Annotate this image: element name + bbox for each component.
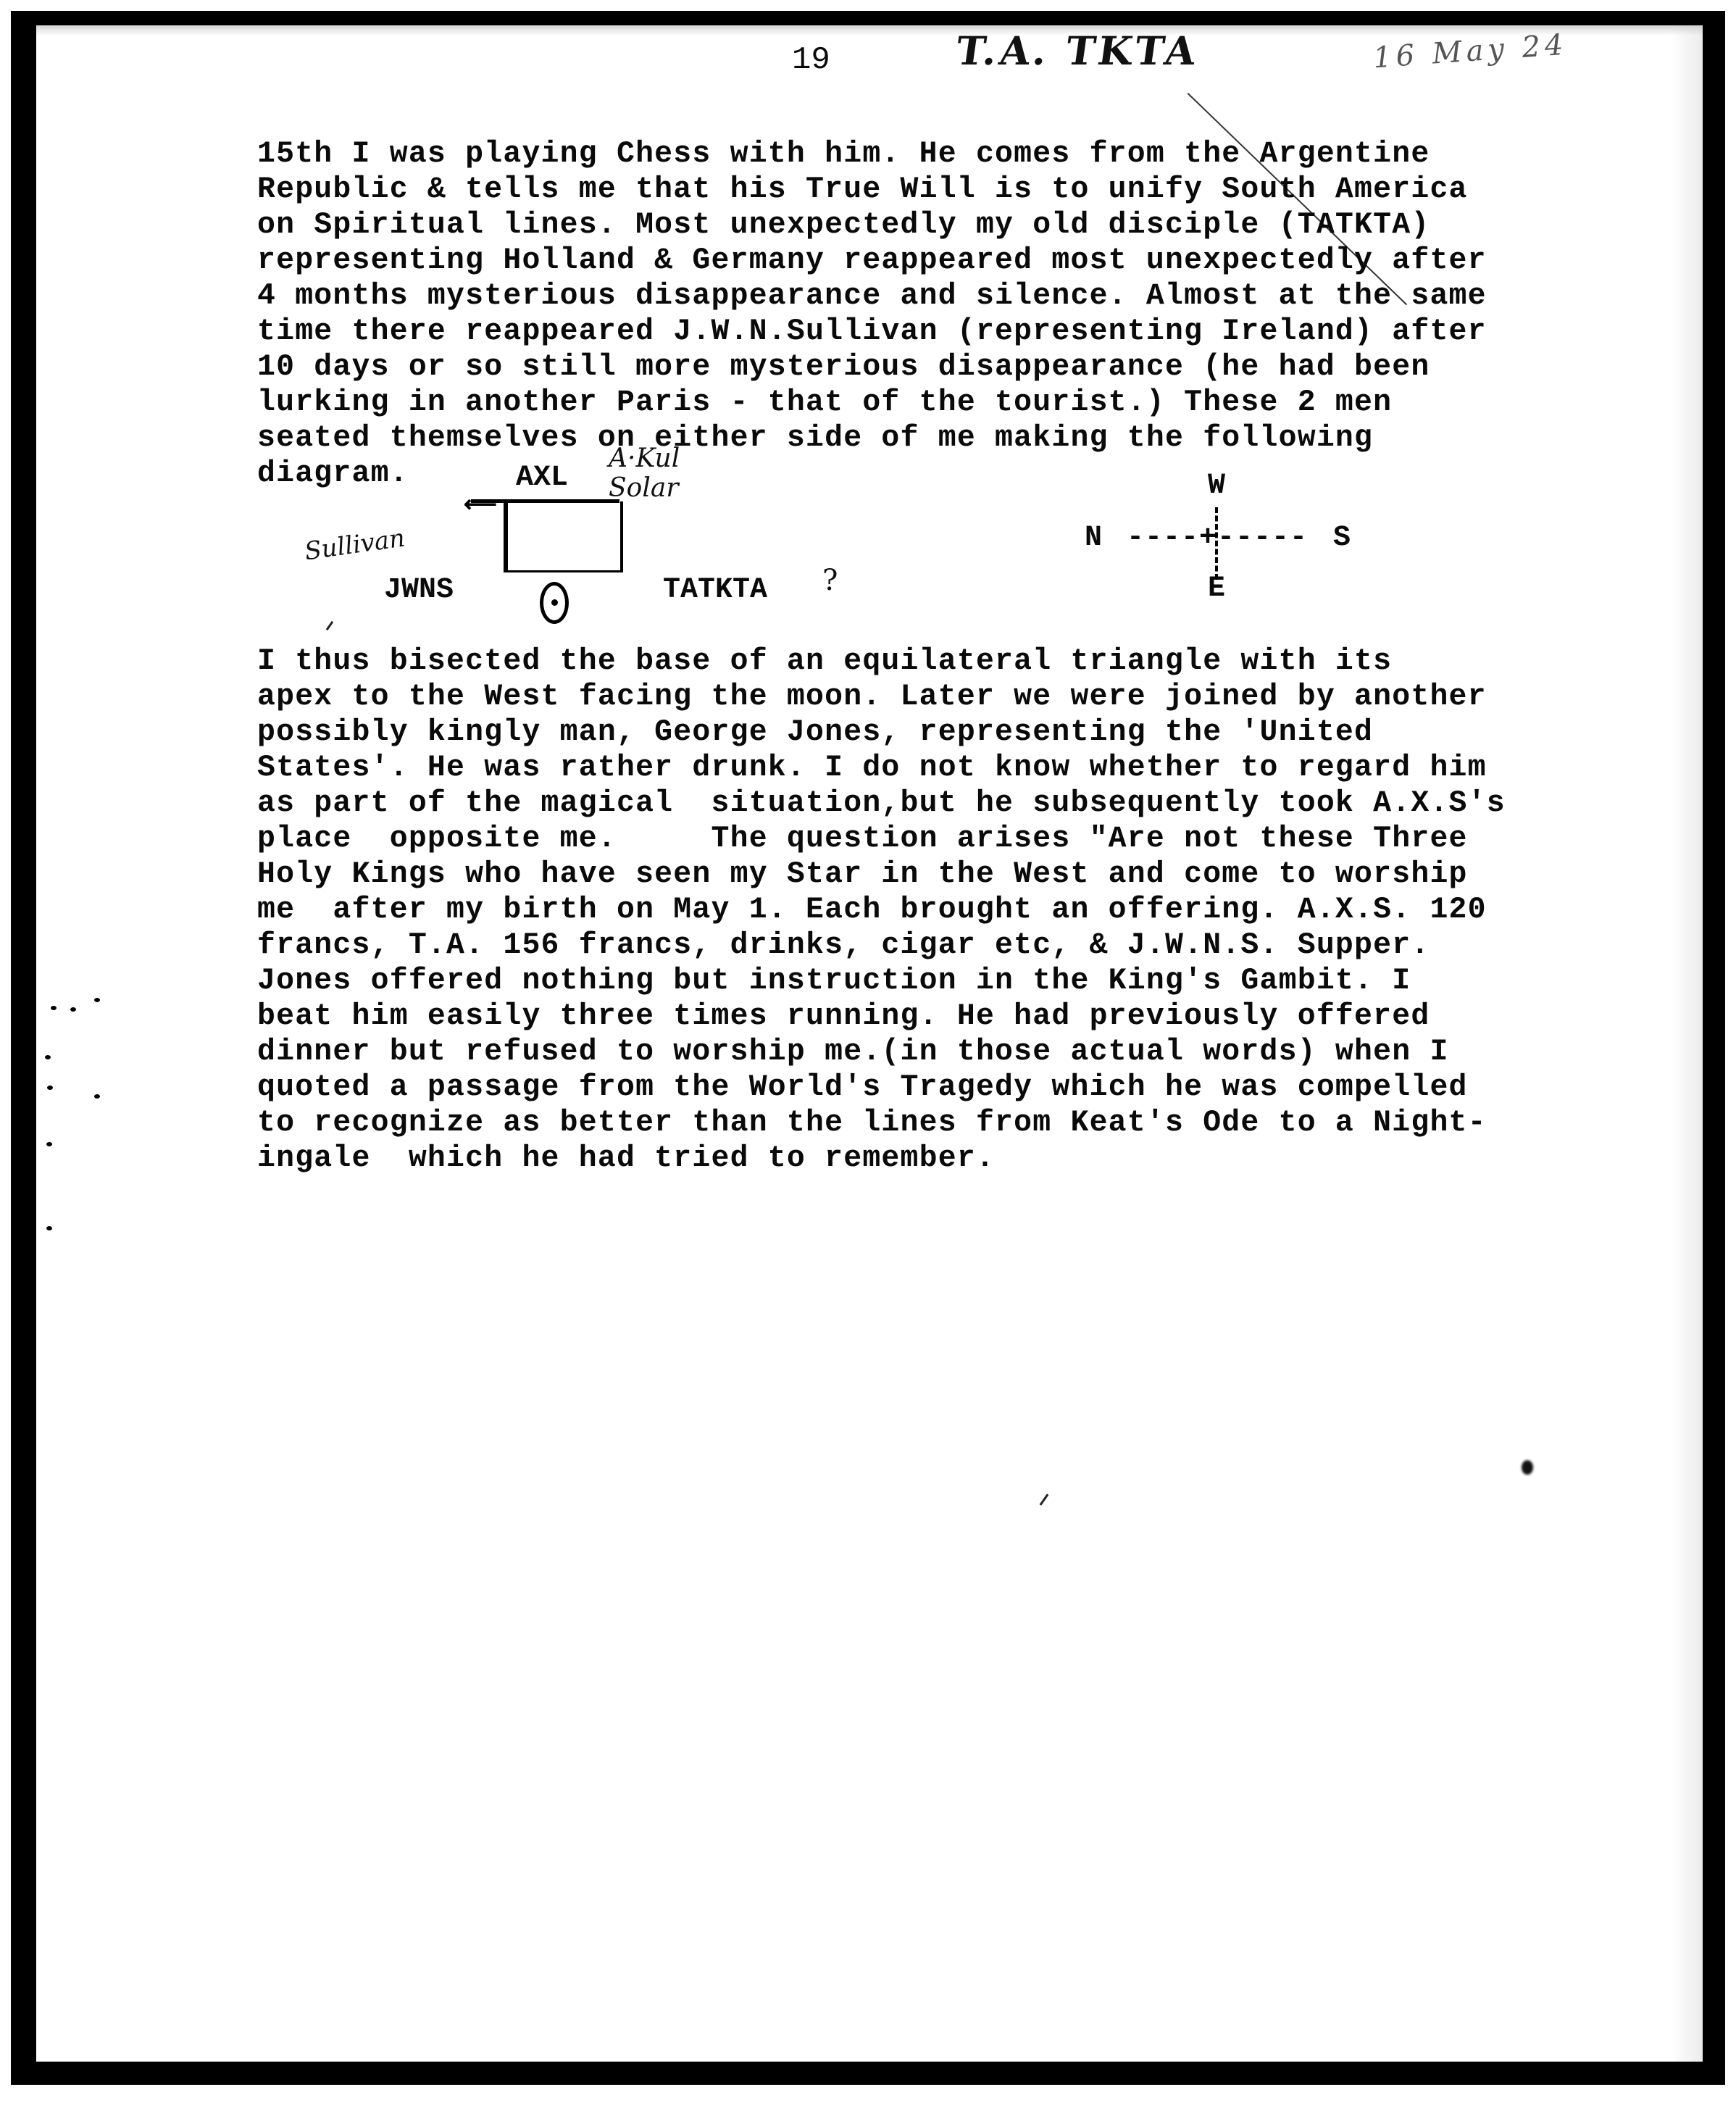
table-rectangle: [504, 501, 623, 572]
text-line: ingale which he had tried to remember.: [257, 1141, 1506, 1176]
compass-south: S: [1333, 522, 1351, 554]
text-line: States'. He was rather drunk. I do not k…: [257, 750, 1506, 786]
text-line: seated themselves on either side of me m…: [257, 420, 1487, 456]
scan-speck: [94, 1094, 100, 1099]
handwritten-title: T.A. TKTA: [953, 28, 1202, 74]
compass-west: W: [1208, 470, 1225, 502]
page-number: 19: [792, 42, 830, 78]
text-line: beat him easily three times running. He …: [257, 999, 1506, 1034]
arrow-left-icon: ⟵: [464, 492, 497, 515]
text-line: Republic & tells me that his True Will i…: [257, 172, 1487, 207]
text-line: 10 days or so still more mysterious disa…: [257, 349, 1487, 385]
text-line: quoted a passage from the World's Traged…: [257, 1070, 1506, 1105]
text-line: on Spiritual lines. Most unexpectedly my…: [257, 207, 1487, 243]
scan-speck: [45, 1055, 51, 1059]
compass-vertical-axis: [1215, 507, 1221, 580]
scan-speck: [94, 998, 100, 1002]
compass-north: N: [1085, 522, 1102, 554]
text-line: diagram.: [257, 456, 1487, 491]
text-line: I thus bisected the base of an equilater…: [257, 643, 1506, 679]
scan-shadow-right: [1670, 25, 1703, 2062]
text-line: to recognize as better than the lines fr…: [257, 1105, 1506, 1141]
diagram-label-tatkta: TATKTA: [663, 574, 767, 607]
diagram-label-axl: AXL: [516, 462, 568, 494]
scan-speck: [70, 1007, 76, 1012]
scan-speck: [46, 1142, 52, 1146]
ink-blot: [1522, 1460, 1533, 1475]
diagram-handwritten-top: A·Kul Solar: [609, 443, 680, 503]
paragraph-2: I thus bisected the base of an equilater…: [257, 643, 1506, 1176]
text-line: 4 months mysterious disappearance and si…: [257, 278, 1487, 314]
text-line: representing Holland & Germany reappeare…: [257, 243, 1487, 278]
text-line: as part of the magical situation,but he …: [257, 786, 1506, 821]
scan-speck: [51, 1006, 57, 1010]
scan-shadow-top: [36, 25, 1703, 36]
text-line: Jones offered nothing but instruction in…: [257, 963, 1506, 999]
text-line: francs, T.A. 156 francs, drinks, cigar e…: [257, 928, 1506, 963]
text-line: apex to the West facing the moon. Later …: [257, 679, 1506, 715]
scan-speck: [46, 1226, 52, 1230]
moon-icon: [540, 582, 569, 624]
text-line: possibly kingly man, George Jones, repre…: [257, 715, 1506, 750]
text-line: Holy Kings who have seen my Star in the …: [257, 857, 1506, 892]
text-line: dinner but refused to worship me.(in tho…: [257, 1034, 1506, 1070]
paragraph-1: 15th I was playing Chess with him. He co…: [257, 136, 1487, 491]
text-line: time there reappeared J.W.N.Sullivan (re…: [257, 314, 1487, 349]
text-line: 15th I was playing Chess with him. He co…: [257, 136, 1487, 172]
text-line: me after my birth on May 1. Each brought…: [257, 892, 1506, 928]
text-line: lurking in another Paris - that of the t…: [257, 385, 1487, 420]
text-line: place opposite me. The question arises "…: [257, 821, 1506, 857]
diagram-question-mark: ?: [822, 564, 838, 597]
diagram-label-jwns: JWNS: [384, 574, 454, 607]
scan-speck: [47, 1086, 53, 1090]
